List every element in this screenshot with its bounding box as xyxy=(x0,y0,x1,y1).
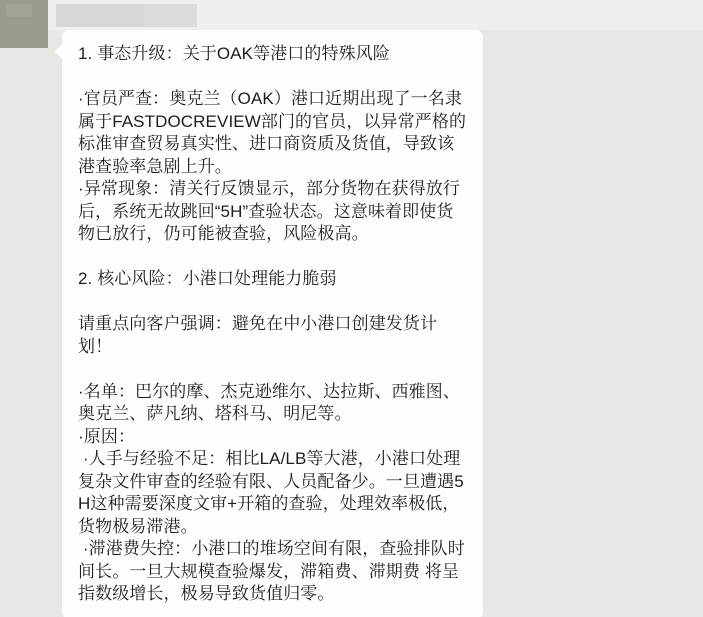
bubble-tail xyxy=(55,44,71,60)
sender-name-redacted-segment xyxy=(144,4,197,27)
avatar[interactable] xyxy=(0,0,48,48)
avatar-highlight xyxy=(6,4,32,17)
sender-name-redacted-segment xyxy=(56,4,144,27)
message-text: 1. 事态升级：关于OAK等港口的特殊风险 ·官员严查：奥克兰（OAK）港口近期… xyxy=(78,43,467,606)
message-bubble[interactable]: 1. 事态升级：关于OAK等港口的特殊风险 ·官员严查：奥克兰（OAK）港口近期… xyxy=(62,30,483,617)
